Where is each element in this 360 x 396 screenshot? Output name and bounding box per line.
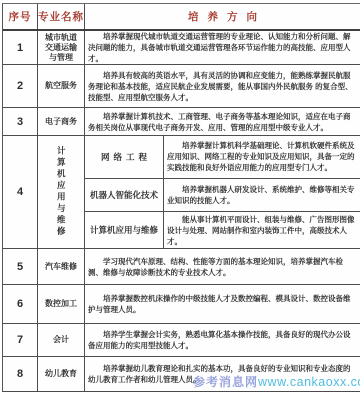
training-direction-text: 培养掌握幼儿教育理论和扎实的基本功，具备良好的专业知识和专业态度的幼儿教育工作者… bbox=[85, 362, 360, 386]
major-name: 航空服务 bbox=[38, 65, 85, 107]
major-name: 会计 bbox=[38, 324, 85, 356]
training-direction-text: 培养掌握计算机技术、工商管理、电子商务等基本理论知识，适应在电子商务相关岗位从事… bbox=[85, 110, 360, 134]
major-name-vertical-cell: 计算机应用与维修 bbox=[38, 136, 85, 248]
training-direction-text: 培养掌握数控机床操作的中级技能人才及数控编程、模具设计、数控设备维护与管理人员。 bbox=[85, 292, 360, 316]
major-name: 电子商务 bbox=[38, 108, 85, 135]
majors-table: 序号 专业名称 培养方向 1 城市轨道 交通运输 与管理 培养掌握现代城市轨道交… bbox=[2, 3, 360, 392]
training-direction-text: 培养学生掌握会计实务，熟悉电算化基本操作技能，具备良好的现代办公设备应用能力的实… bbox=[85, 328, 360, 352]
header-major-name: 专业名称 bbox=[38, 4, 85, 29]
sub-row: 网络工程 培养掌握计算机科学基础理论、计算机软硬件系统及应用知识、网络工程的专业… bbox=[85, 136, 360, 179]
header-serial-number: 序号 bbox=[3, 4, 38, 29]
table-row: 5 汽车维修 学习现代汽车原理、结构、性能等方面的基本理论知识，培养掌握汽车检测… bbox=[3, 249, 360, 285]
table-header-row: 序号 专业名称 培养方向 bbox=[3, 4, 360, 31]
sub-row: 计算机应用与维修 能从事计算机平面设计、组装与维修、广告图形图像设计与处理、网站… bbox=[85, 212, 360, 248]
training-direction-text: 培养掌握计算机科学基础理论、计算机软硬件系统及应用知识、网络工程的专业知识及应用… bbox=[164, 139, 360, 174]
sub-major-name: 计算机应用与维修 bbox=[90, 224, 158, 236]
table-row: 2 航空服务 培养具有较高的英语水平，具有灵活的协调和应变能力，能熟练掌握民航服… bbox=[3, 65, 360, 108]
table-row: 7 会计 培养学生掌握会计实务，熟悉电算化基本操作技能，具备良好的现代办公设备应… bbox=[3, 324, 360, 357]
table-row: 6 数控加工 培养掌握数控机床操作的中级技能人才及数控编程、模具设计、数控设备维… bbox=[3, 285, 360, 324]
major-name: 数控加工 bbox=[38, 285, 85, 323]
sub-row: 机器人智能化技术 培养掌握机器人研发设计、系统维护、维修等相关专业知识的技能人才… bbox=[85, 179, 360, 213]
row-number: 1 bbox=[3, 31, 38, 64]
table-row: 3 电子商务 培养掌握计算机技术、工商管理、电子商务等基本理论知识，适应在电子商… bbox=[3, 108, 360, 136]
major-name: 汽车维修 bbox=[38, 249, 85, 284]
row-number: 6 bbox=[3, 285, 38, 323]
major-name: 幼儿教育 bbox=[38, 357, 85, 391]
row-number: 8 bbox=[3, 357, 38, 391]
training-direction-text: 培养掌握机器人研发设计、系统维护、维修等相关专业知识的技能人才。 bbox=[164, 183, 360, 207]
training-direction-text: 培养具有较高的英语水平，具有灵活的协调和应变能力，能熟练掌握民航服务理论和基本技… bbox=[85, 69, 360, 104]
major-name: 计算机应用与维修 bbox=[57, 146, 66, 238]
row-number: 5 bbox=[3, 249, 38, 284]
sub-majors-column: 网络工程 培养掌握计算机科学基础理论、计算机软硬件系统及应用知识、网络工程的专业… bbox=[85, 136, 360, 248]
table-row: 1 城市轨道 交通运输 与管理 培养掌握现代城市轨道交通运营管理的专业理论、认知… bbox=[3, 31, 360, 65]
sub-major-name: 网络工程 bbox=[97, 151, 151, 163]
row-number: 7 bbox=[3, 324, 38, 356]
header-training-direction: 培养方向 bbox=[85, 4, 360, 29]
row-number: 2 bbox=[3, 65, 38, 107]
table-row: 8 幼儿教育 培养掌握幼儿教育理论和扎实的基本功，具备良好的专业知识和专业态度的… bbox=[3, 357, 360, 391]
training-direction-text: 能从事计算机平面设计、组装与维修、广告图形图像设计与处理、网站制作和室内装饰工件… bbox=[164, 213, 360, 248]
training-direction-text: 学习现代汽车原理、结构、性能等方面的基本理论知识，培养掌握汽车检测、维修与故障诊… bbox=[85, 255, 360, 279]
table-row-computer: 4 计算机应用与维修 网络工程 培养掌握计算机科学基础理论、计算机软硬件系统及应… bbox=[3, 136, 360, 249]
row-number: 3 bbox=[3, 108, 38, 135]
training-direction-text: 培养掌握现代城市轨道交通运营管理的专业理论、认知能力和分析问题、解决问题的能力，… bbox=[85, 30, 360, 65]
sub-major-name: 机器人智能化技术 bbox=[90, 189, 158, 201]
row-number: 4 bbox=[3, 136, 38, 248]
major-name: 城市轨道 交通运输 与管理 bbox=[38, 31, 85, 64]
